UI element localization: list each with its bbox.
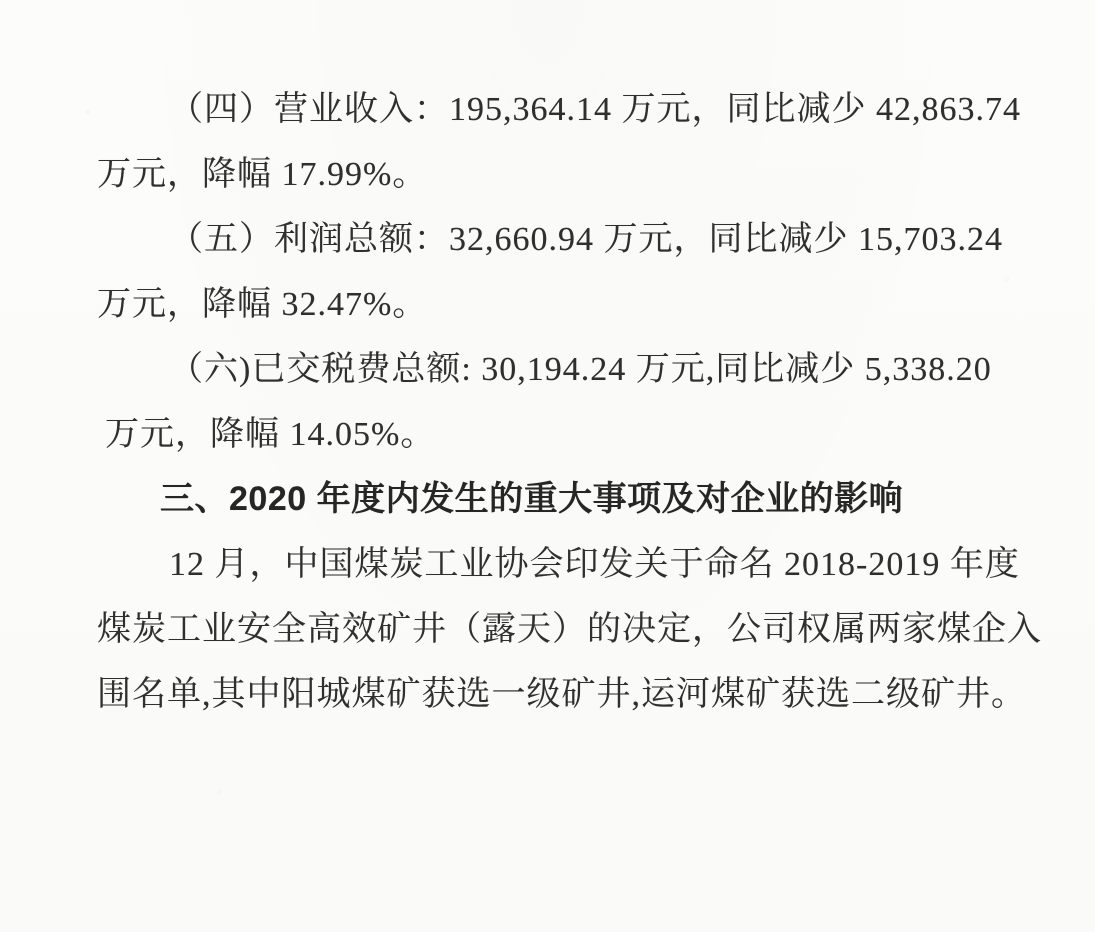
tax-line-2: 万元，降幅 14.05%。 [97,402,1082,467]
profit-line-2: 万元，降幅 32.47%。 [97,272,1082,337]
revenue-line-1: （四）营业收入：195,364.14 万元，同比减少 42,863.74 [97,77,1082,142]
revenue-line-2: 万元，降幅 17.99%。 [97,142,1082,207]
document-text-block: （四）营业收入：195,364.14 万元，同比减少 42,863.74 万元，… [97,77,1082,727]
profit-line-1: （五）利润总额：32,660.94 万元，同比减少 15,703.24 [97,207,1082,272]
event-paragraph-line-2: 煤炭工业安全高效矿井（露天）的决定，公司权属两家煤企入 [97,597,1082,662]
event-paragraph-line-3: 围名单,其中阳城煤矿获选一级矿井,运河煤矿获选二级矿井。 [97,662,1082,727]
scanned-page: （四）营业收入：195,364.14 万元，同比减少 42,863.74 万元，… [0,0,1095,932]
event-paragraph-line-1: 12 月，中国煤炭工业协会印发关于命名 2018-2019 年度 [97,532,1082,597]
tax-line-1: （六)已交税费总额: 30,194.24 万元,同比减少 5,338.20 [97,337,1082,402]
section-heading: 三、2020 年度内发生的重大事项及对企业的影响 [97,467,1082,532]
